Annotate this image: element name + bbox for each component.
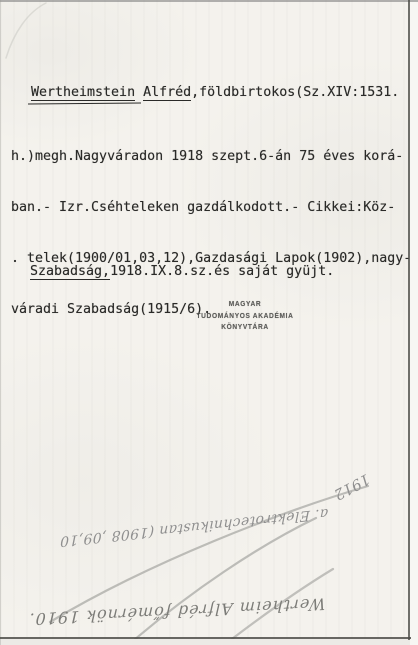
card-edge-right <box>408 0 410 640</box>
card-edge-left <box>0 0 1 645</box>
source-rest: 1918.IX.8.sz.és saját gyüjt. <box>110 264 334 279</box>
name-separator <box>135 85 143 100</box>
scan-margin-bottom <box>0 639 410 645</box>
entry-line-1-rest: ,földbirtokos(Sz.XIV:1531. <box>191 85 399 100</box>
index-card: Wertheimstein Alfréd,földbirtokos(Sz.XIV… <box>0 0 418 645</box>
entry-line-3: ban.- Izr.Cséhteleken gazdálkodott.- Cik… <box>11 199 413 216</box>
handwritten-signature: Wertheim Alfréd főmérnök 1910. <box>22 594 332 629</box>
entry-line-1: Wertheimstein Alfréd,földbirtokos(Sz.XIV… <box>11 84 413 101</box>
stamp-line-1: MAGYAR <box>174 299 317 311</box>
forename: Alfréd <box>143 85 191 101</box>
stamp-line-3: KÖNYVTÁRA <box>174 322 317 334</box>
source-title: Szabadság, <box>30 264 110 280</box>
card-edge-top <box>0 0 418 2</box>
source-citation: Szabadság,1918.IX.8.sz.és saját gyüjt. <box>30 263 334 280</box>
scan-margin-right <box>410 0 418 645</box>
card-edge-bottom <box>0 637 411 640</box>
surname: Wertheimstein <box>31 85 135 101</box>
library-stamp: MAGYAR TUDOMÁNYOS AKADÉMIA KÖNYVTÁRA <box>174 299 317 334</box>
handwritten-note: a. Elektrotechnikustan (1908 ,09,10 <box>49 504 340 551</box>
handwritten-year: 1912 <box>328 469 375 506</box>
entry-line-2: h.)megh.Nagyváradon 1918 szept.6-án 75 é… <box>11 148 413 165</box>
stamp-line-2: TUDOMÁNYOS AKADÉMIA <box>174 311 317 323</box>
